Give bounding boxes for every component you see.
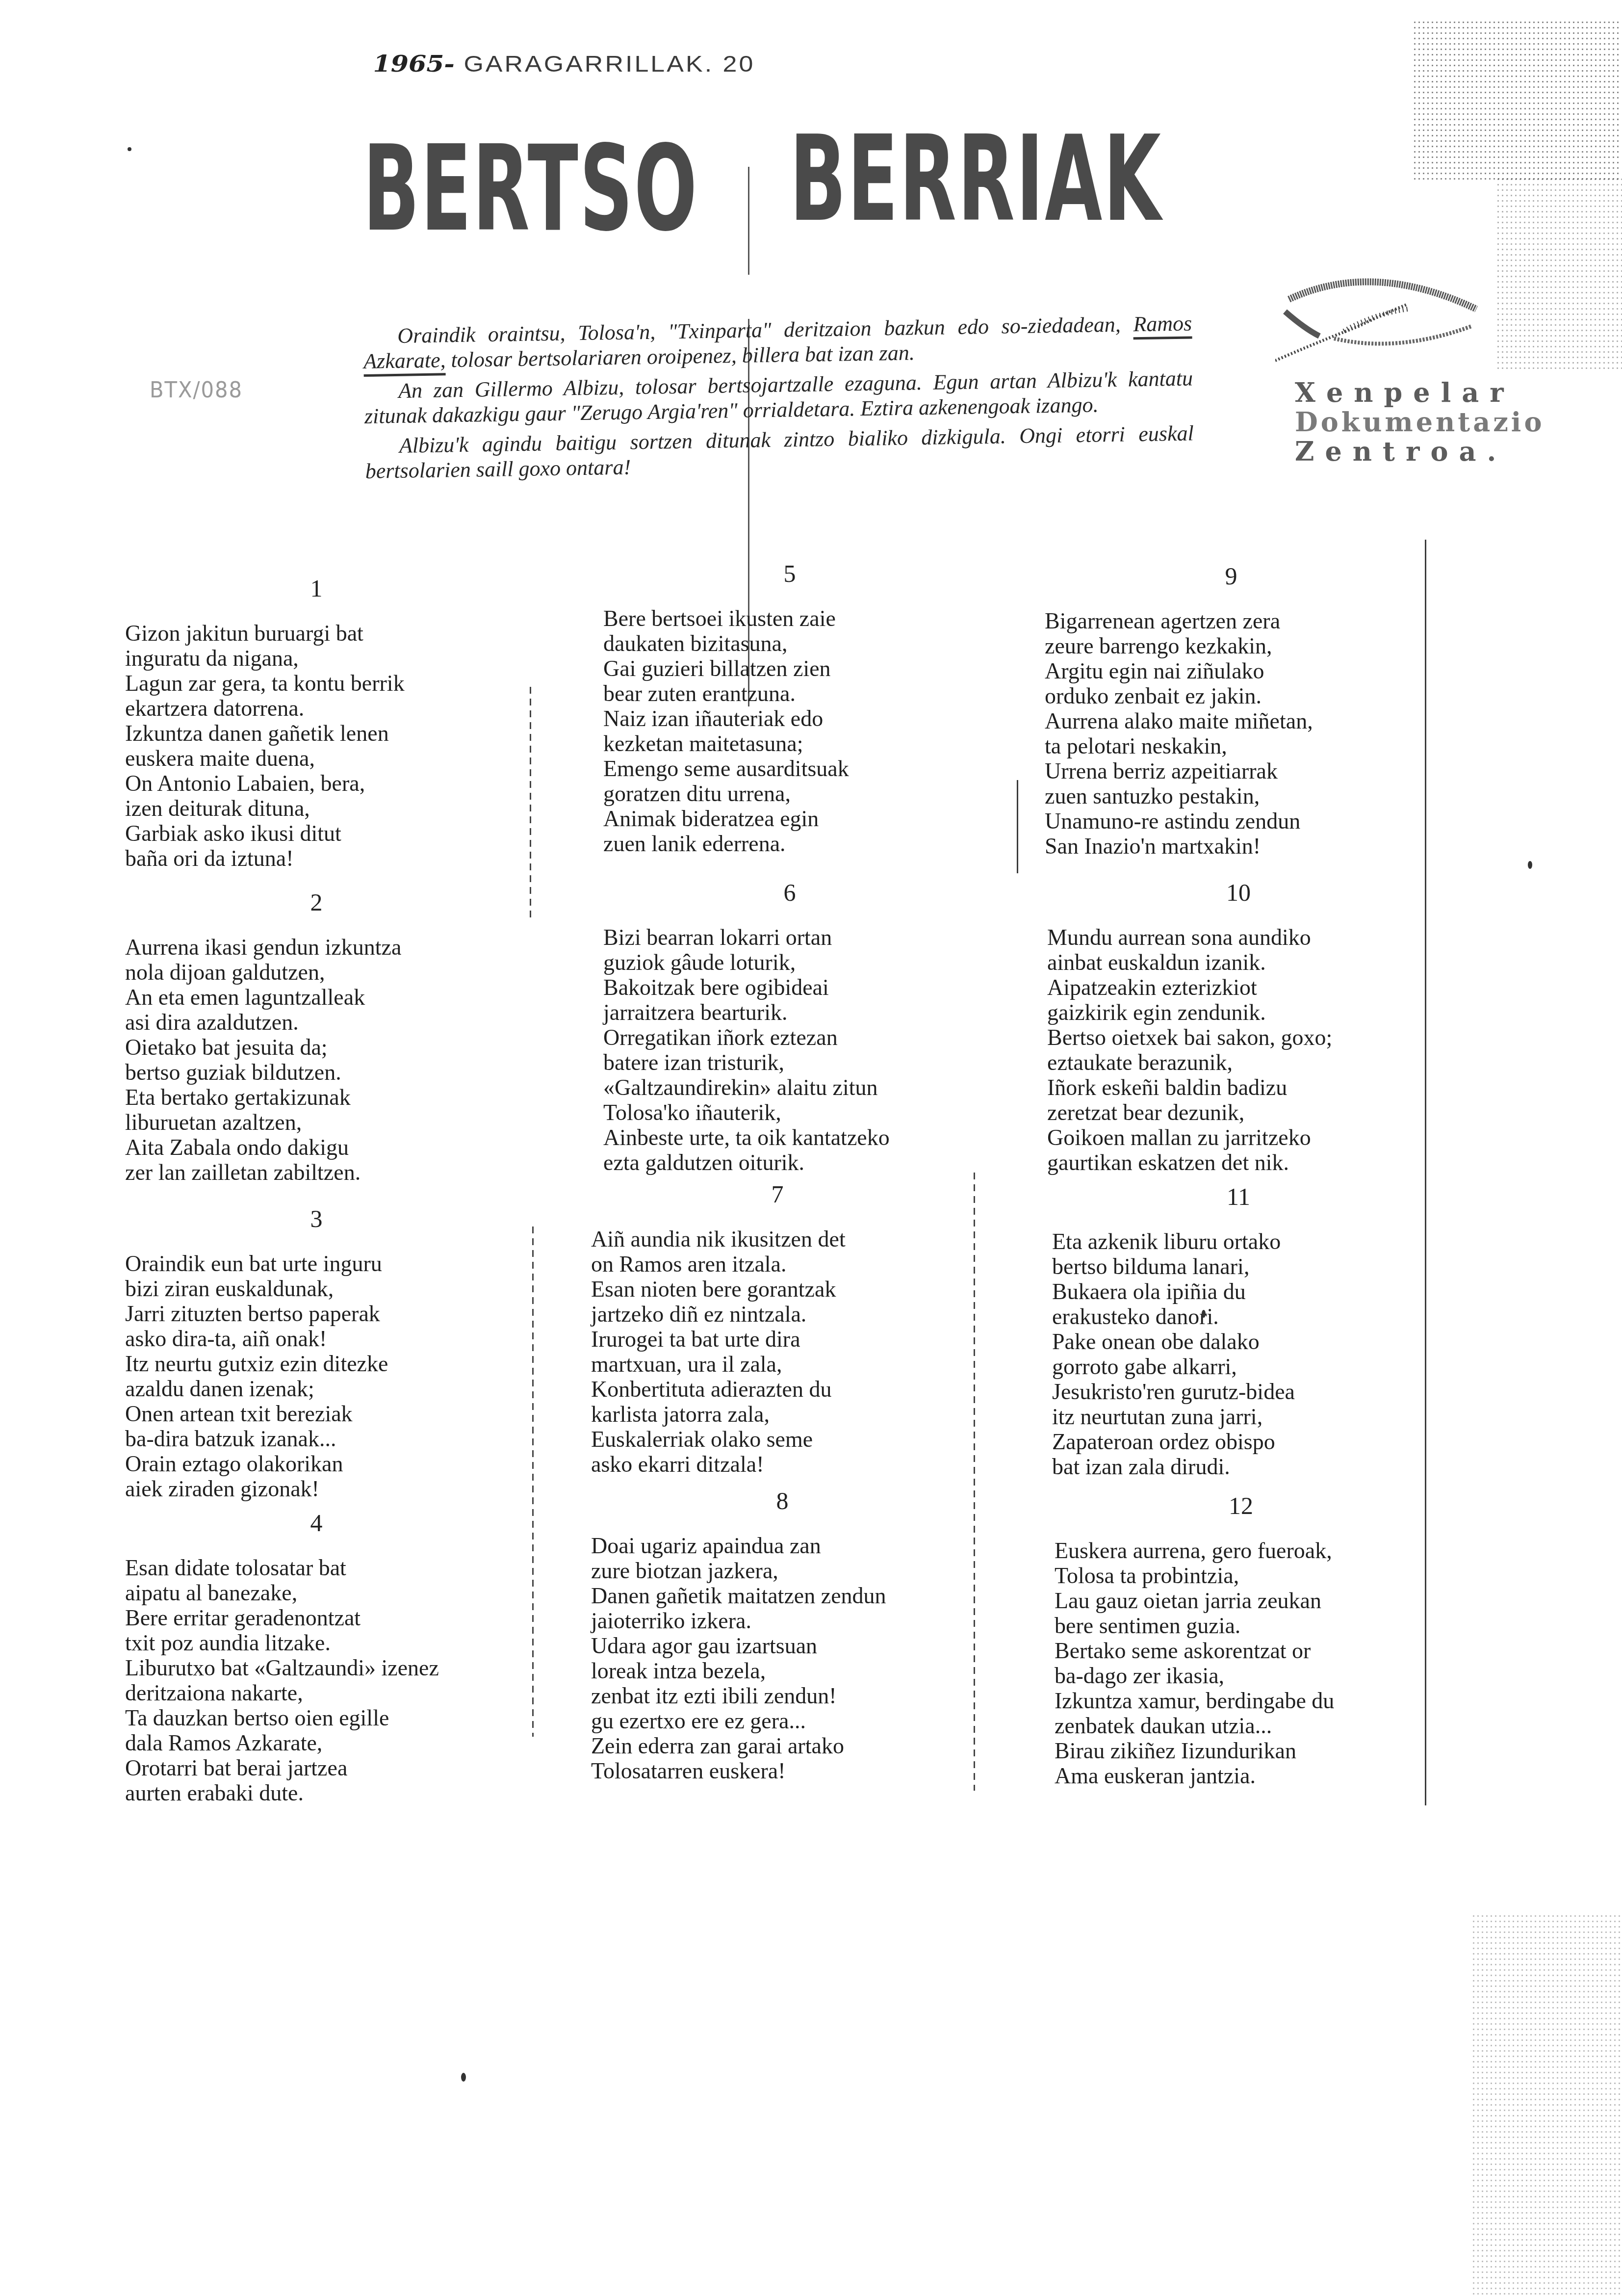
verse-line: Tolosa ta probintzia, bbox=[1055, 1563, 1334, 1588]
verse-line: Tolosa'ko iñauterik, bbox=[603, 1100, 890, 1125]
intro-text: Oraindik oraintsu, Tolosa'n, "Txinparta"… bbox=[363, 311, 1194, 484]
column-rule bbox=[1017, 780, 1018, 873]
verse-line: asko ekarri ditzala! bbox=[591, 1452, 846, 1477]
verse-line: zuen santuzko pestakin, bbox=[1045, 783, 1313, 809]
verse-line: Doai ugariz apaindua zan bbox=[591, 1533, 886, 1558]
verse-line: Bukaera ola ipiñia du bbox=[1052, 1279, 1295, 1304]
verse-line: Euskera aurrena, gero fueroak, bbox=[1055, 1538, 1334, 1563]
verse-line: zuen lanik ederrena. bbox=[603, 831, 849, 856]
verse-number: 5 bbox=[603, 559, 976, 588]
verse-line: ainbat euskaldun izanik. bbox=[1047, 950, 1332, 975]
scan-noise bbox=[1471, 1913, 1622, 2296]
verse-line: ba-dira batzuk izanak... bbox=[125, 1426, 388, 1451]
verse-text: Aiñ aundia nik ikusitzen deton Ramos are… bbox=[591, 1226, 846, 1477]
verse-line: Bere erritar geradenontzat bbox=[125, 1605, 439, 1630]
verse-line: Esan nioten bere gorantzak bbox=[591, 1277, 846, 1302]
issue-date-line: 1965- GARAGARRILLAK. 20 bbox=[0, 51, 1128, 78]
verse-line: Ama euskeran jantzia. bbox=[1055, 1763, 1334, 1788]
verse-line: zenbatek daukan utzia... bbox=[1055, 1713, 1334, 1738]
verse-number: 8 bbox=[591, 1487, 974, 1515]
verse-line: bere sentimen guzia. bbox=[1055, 1613, 1334, 1638]
verse-line: jaioterriko izkera. bbox=[591, 1608, 886, 1633]
verse-line: Lagun zar gera, ta kontu berrik bbox=[125, 671, 405, 696]
verse-line: euskera maite duena, bbox=[125, 746, 405, 771]
verse-line: on Ramos aren itzala. bbox=[591, 1252, 846, 1277]
issue-label: GARAGARRILLAK. 20 bbox=[463, 52, 755, 77]
verse-line: txit poz aundia litzake. bbox=[125, 1630, 439, 1655]
verse-line: Jesukristo'ren gurutz-bidea bbox=[1052, 1379, 1295, 1404]
verse-line: Aipatzeakin ezterizkiot bbox=[1047, 975, 1332, 1000]
verse-line: Konbertituta adierazten du bbox=[591, 1377, 846, 1402]
verse-line: San Inazio'n martxakin! bbox=[1045, 834, 1313, 859]
verse-line: Esan didate tolosatar bat bbox=[125, 1555, 439, 1580]
verse-line: Orregatikan iñork eztezan bbox=[603, 1025, 890, 1050]
verse-line: guziok gâude loturik, bbox=[603, 950, 890, 975]
verse-line: Aiñ aundia nik ikusitzen det bbox=[591, 1226, 846, 1252]
ink-speck bbox=[1202, 1310, 1206, 1318]
verse-number: 6 bbox=[603, 878, 976, 907]
verse-line: Udara agor gau izartsuan bbox=[591, 1633, 886, 1658]
verse-line: Mundu aurrean sona aundiko bbox=[1047, 925, 1332, 950]
verse-number: 4 bbox=[125, 1509, 508, 1537]
column-rule bbox=[530, 687, 531, 922]
verse-line: dala Ramos Azkarate, bbox=[125, 1730, 439, 1755]
rule-gap bbox=[747, 275, 751, 319]
verse-line: itz neurtutan zuna jarri, bbox=[1052, 1404, 1295, 1429]
verse-line: bear zuten erantzuna. bbox=[603, 681, 849, 706]
verse-line: Orotarri bat berai jartzea bbox=[125, 1755, 439, 1780]
verse-line: Oraindik eun bat urte inguru bbox=[125, 1251, 388, 1276]
ink-speck bbox=[128, 147, 131, 151]
verse-text: Doai ugariz apaindua zanzure biotzan jaz… bbox=[591, 1533, 886, 1783]
verse-number: 3 bbox=[125, 1204, 508, 1233]
verse-line: jartzeko diñ ez nintzala. bbox=[591, 1302, 846, 1327]
verse-line: Unamuno-re astindu zendun bbox=[1045, 809, 1313, 834]
verse-line: orduko zenbait ez jakin. bbox=[1045, 683, 1313, 708]
intro-paragraph-1: Oraindik oraintsu, Tolosa'n, "Txinparta"… bbox=[363, 311, 1192, 374]
verse-line: Bere bertsoei ikusten zaie bbox=[603, 606, 849, 631]
verse-line: ba-dago zer ikasia, bbox=[1055, 1663, 1334, 1688]
verse-line: zeretzat bear dezunik, bbox=[1047, 1100, 1332, 1125]
stamp-line-3: Zentroa. bbox=[1295, 437, 1550, 466]
verse-text: Oraindik eun bat urte ingurubizi ziran e… bbox=[125, 1251, 388, 1501]
ink-speck bbox=[461, 2073, 466, 2082]
verse-line: aurten erabaki dute. bbox=[125, 1780, 439, 1805]
verse-line: deritzaiona nakarte, bbox=[125, 1680, 439, 1705]
verse-line: Bizi bearran lokarri ortan bbox=[603, 925, 890, 950]
verse-number: 12 bbox=[1055, 1491, 1427, 1520]
verse-line: inguratu da nigana, bbox=[125, 646, 405, 671]
verse-line: Eta azkenik liburu ortako bbox=[1052, 1229, 1295, 1254]
verse-line: «Galtzaundirekin» alaitu zitun bbox=[603, 1075, 890, 1100]
verse-line: erakusteko danori. bbox=[1052, 1304, 1295, 1329]
scan-noise bbox=[1413, 20, 1619, 182]
verse-line: On Antonio Labaien, bera, bbox=[125, 771, 405, 796]
verse-number: 9 bbox=[1045, 562, 1417, 590]
verse-line: Gai guzieri billatzen zien bbox=[603, 656, 849, 681]
verse-line: Oietako bat jesuita da; bbox=[125, 1035, 401, 1060]
verse-line: bat izan zala dirudi. bbox=[1052, 1454, 1295, 1479]
verse-line: Animak bideratzea egin bbox=[603, 806, 849, 831]
verse-line: zer lan zailletan zabiltzen. bbox=[125, 1160, 401, 1185]
verse-line: Goikoen mallan zu jarritzeko bbox=[1047, 1125, 1332, 1150]
verse-text: Eta azkenik liburu ortakobertso bilduma … bbox=[1052, 1229, 1295, 1479]
verse-text: Mundu aurrean sona aundikoainbat euskald… bbox=[1047, 925, 1332, 1175]
verse-line: jarraitzera bearturik. bbox=[603, 1000, 890, 1025]
verse-text: Bere bertsoei ikusten zaiedaukaten bizit… bbox=[603, 606, 849, 856]
verse-line: izen deiturak dituna, bbox=[125, 796, 405, 821]
verse-line: Lau gauz oietan jarria zeukan bbox=[1055, 1588, 1334, 1613]
verse-line: Aurrena ikasi gendun izkuntza bbox=[125, 935, 401, 960]
verse-text: Gizon jakitun buruargi batinguratu da ni… bbox=[125, 621, 405, 871]
verse-line: Bertso oietxek bai sakon, goxo; bbox=[1047, 1025, 1332, 1050]
verse-line: asi dira azaldutzen. bbox=[125, 1010, 401, 1035]
title-bertso: BERTSO bbox=[363, 125, 698, 253]
verse-line: zeure barrengo kezkakin, bbox=[1045, 633, 1313, 658]
verse-line: ta pelotari neskakin, bbox=[1045, 733, 1313, 758]
verse-line: gaurtikan eskatzen det nik. bbox=[1047, 1150, 1332, 1175]
stamp-text: Xenpelar Dokumentazio Zentroa. bbox=[1295, 378, 1550, 466]
verse-line: gu ezertxo ere ez gera... bbox=[591, 1708, 886, 1733]
verse-line: Onen artean txit bereziak bbox=[125, 1401, 388, 1426]
intro-paragraph-2: An zan Gillermo Albizu, tolosar bertsoja… bbox=[364, 365, 1193, 429]
verse-line: Jarri zituzten bertso paperak bbox=[125, 1301, 388, 1326]
verse-line: Ta dauzkan bertso oien egille bbox=[125, 1705, 439, 1730]
verse-line: martxuan, ura il zala, bbox=[591, 1352, 846, 1377]
stamp-line-2: Dokumentazio bbox=[1295, 407, 1550, 437]
verse-line: goratzen ditu urrena, bbox=[603, 781, 849, 806]
verse-line: bertso bilduma lanari, bbox=[1052, 1254, 1295, 1279]
verse-line: zure biotzan jazkera, bbox=[591, 1558, 886, 1583]
verse-line: ekartzera datorrena. bbox=[125, 696, 405, 721]
verse-text: Bigarrenean agertzen zerazeure barrengo … bbox=[1045, 608, 1313, 859]
verse-line: Iñork eskeñi baldin badizu bbox=[1047, 1075, 1332, 1100]
verse-line: Bigarrenean agertzen zera bbox=[1045, 608, 1313, 633]
verse-line: Emengo seme ausarditsuak bbox=[603, 756, 849, 781]
verse-line: Euskalerriak olako seme bbox=[591, 1427, 846, 1452]
verse-text: Aurrena ikasi gendun izkuntzanola dijoan… bbox=[125, 935, 401, 1185]
verse-number: 2 bbox=[125, 888, 508, 916]
archive-code-handwritten: BTX/088 bbox=[150, 378, 243, 403]
verse-line: Naiz izan iñauteriak edo bbox=[603, 706, 849, 731]
column-rule bbox=[1425, 540, 1426, 1805]
verse-line: Danen gañetik maitatzen zendun bbox=[591, 1583, 886, 1608]
verse-line: gaizkirik egin zendunik. bbox=[1047, 1000, 1332, 1025]
verse-line: Tolosatarren euskera! bbox=[591, 1758, 886, 1783]
verse-line: Liburutxo bat «Galtzaundi» izenez bbox=[125, 1655, 439, 1680]
verse-line: bizi ziran euskaldunak, bbox=[125, 1276, 388, 1301]
verse-line: Argitu egin nai ziñulako bbox=[1045, 658, 1313, 683]
verse-number: 7 bbox=[591, 1180, 964, 1208]
verse-line: Aita Zabala ondo dakigu bbox=[125, 1135, 401, 1160]
verse-text: Esan didate tolosatar bataipatu al banez… bbox=[125, 1555, 439, 1805]
handwritten-year: 1965- bbox=[373, 51, 455, 78]
verse-line: aiek ziraden gizonak! bbox=[125, 1476, 388, 1501]
intro-paragraph-3: Albizu'k agindu baitigu sortzen ditunak … bbox=[365, 420, 1194, 484]
verse-line: eztaukate berazunik, bbox=[1047, 1050, 1332, 1075]
verse-line: Birau zikiñez Iizundurikan bbox=[1055, 1738, 1334, 1763]
column-rule bbox=[974, 1173, 975, 1791]
verse-line: daukaten bizitasuna, bbox=[603, 631, 849, 656]
verse-line: Ainbeste urte, ta oik kantatzeko bbox=[603, 1125, 890, 1150]
verse-line: Zein ederra zan garai artako bbox=[591, 1733, 886, 1758]
stamp-line-1: Xenpelar bbox=[1295, 378, 1550, 407]
verse-line: Bakoitzak bere ogibideai bbox=[603, 975, 890, 1000]
scan-noise bbox=[1496, 177, 1622, 373]
verse-line: zenbat itz ezti ibili zendun! bbox=[591, 1683, 886, 1708]
verse-line: baña ori da iztuna! bbox=[125, 846, 405, 871]
title-berriak: BERRIAK bbox=[790, 115, 1162, 243]
ink-speck bbox=[1528, 861, 1532, 869]
verse-line: Izkuntza danen gañetik lenen bbox=[125, 721, 405, 746]
column-rule bbox=[532, 1226, 534, 1737]
verse-line: asko dira-ta, aiñ onak! bbox=[125, 1326, 388, 1351]
verse-line: nola dijoan galdutzen, bbox=[125, 960, 401, 985]
intro-p1-text: Oraindik oraintsu, Tolosa'n, "Txinparta"… bbox=[397, 312, 1133, 348]
verse-line: Irurogei ta bat urte dira bbox=[591, 1327, 846, 1352]
verse-text: Bizi bearran lokarri ortanguziok gâude l… bbox=[603, 925, 890, 1175]
verse-number: 1 bbox=[125, 574, 508, 602]
verse-number: 11 bbox=[1052, 1182, 1425, 1211]
verse-number: 10 bbox=[1047, 878, 1430, 907]
verse-line: karlista jatorra zala, bbox=[591, 1402, 846, 1427]
verse-line: Zapateroan ordez obispo bbox=[1052, 1429, 1295, 1454]
verse-line: batere izan tristurik, bbox=[603, 1050, 890, 1075]
verse-line: loreak intza bezela, bbox=[591, 1658, 886, 1683]
verse-line: Aurrena alako maite miñetan, bbox=[1045, 708, 1313, 733]
verse-line: bertso guziak bildutzen. bbox=[125, 1060, 401, 1085]
verse-line: Itz neurtu gutxiz ezin ditezke bbox=[125, 1351, 388, 1376]
verse-line: An eta emen laguntzalleak bbox=[125, 985, 401, 1010]
verse-line: Urrena berriz azpeitiarrak bbox=[1045, 758, 1313, 783]
verse-line: Eta bertako gertakizunak bbox=[125, 1085, 401, 1110]
verse-line: liburuetan azaltzen, bbox=[125, 1110, 401, 1135]
verse-line: gorroto gabe alkarri, bbox=[1052, 1354, 1295, 1379]
verse-line: Izkuntza xamur, berdingabe du bbox=[1055, 1688, 1334, 1713]
verse-line: Bertako seme askorentzat or bbox=[1055, 1638, 1334, 1663]
verse-line: Garbiak asko ikusi ditut bbox=[125, 821, 405, 846]
verse-line: Gizon jakitun buruargi bat bbox=[125, 621, 405, 646]
verse-line: ezta galdutzen oiturik. bbox=[603, 1150, 890, 1175]
verse-line: aipatu al banezake, bbox=[125, 1580, 439, 1605]
verse-text: Euskera aurrena, gero fueroak,Tolosa ta … bbox=[1055, 1538, 1334, 1788]
verse-line: azaldu danen izenak; bbox=[125, 1376, 388, 1401]
verse-line: kezketan maitetasuna; bbox=[603, 731, 849, 756]
verse-line: Orain eztago olakorikan bbox=[125, 1451, 388, 1476]
verse-line: Pake onean obe dalako bbox=[1052, 1329, 1295, 1354]
